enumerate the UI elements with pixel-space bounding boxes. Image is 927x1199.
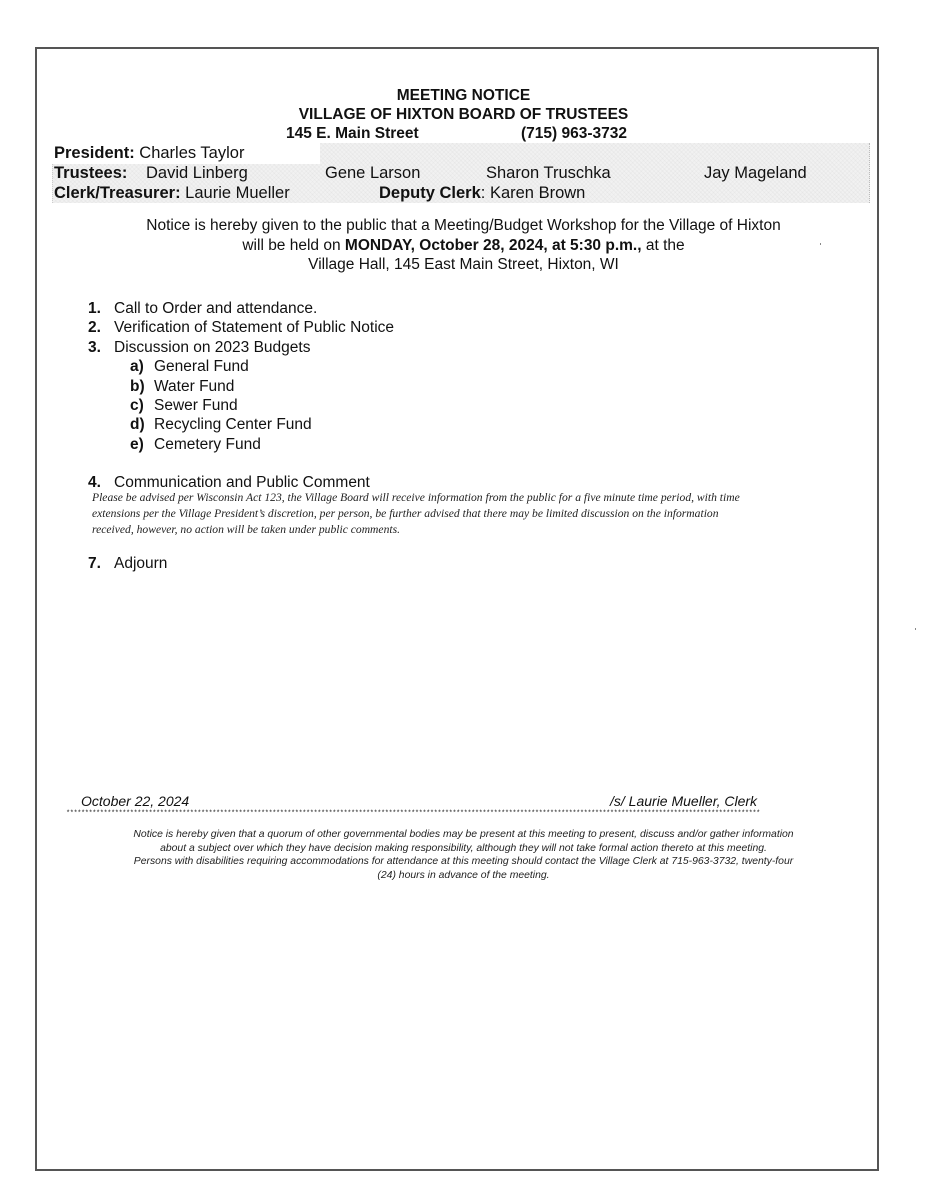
agenda-sub-item: a)General Fund (88, 357, 394, 376)
disclaimer-line: Notice is hereby given that a quorum of … (0, 828, 927, 842)
notice-line-2-suffix: at the (642, 237, 685, 254)
sub-item-letter: a) (130, 357, 154, 376)
agenda-item-text: Communication and Public Comment (114, 474, 370, 491)
clerk-row: Clerk/Treasurer: Laurie Mueller Deputy C… (54, 183, 290, 203)
deputy-clerk-name: : Karen Brown (481, 184, 586, 202)
separator-line: ****************************************… (66, 809, 866, 819)
sub-item-letter: e) (130, 435, 154, 454)
meeting-datetime: MONDAY, October 28, 2024, at 5:30 p.m., (345, 237, 642, 254)
trustees-row: Trustees: David Linberg Gene Larson Shar… (54, 163, 290, 183)
disclaimer-line: (24) hours in advance of the meeting. (0, 869, 927, 883)
agenda-item-text: Verification of Statement of Public Noti… (114, 319, 394, 336)
village-phone: (715) 963-3732 (521, 124, 627, 143)
sub-item-letter: c) (130, 396, 154, 415)
trustee-name: Sharon Truschka (486, 163, 611, 183)
village-address: 145 E. Main Street (286, 124, 419, 143)
agenda-item-number: 2. (88, 318, 114, 337)
sub-item-text: Recycling Center Fund (154, 416, 312, 433)
sub-item-letter: d) (130, 415, 154, 434)
trustee-name: Gene Larson (325, 163, 420, 183)
clerk-label: Clerk/Treasurer: (54, 184, 181, 202)
note-line: received, however, no action will be tak… (92, 522, 872, 538)
trustee-name: Jay Mageland (704, 163, 807, 183)
notice-line-2: will be held on MONDAY, October 28, 2024… (0, 236, 927, 256)
notice-line-2-prefix: will be held on (242, 237, 345, 254)
agenda-sub-item: b)Water Fund (88, 377, 394, 396)
agenda-item-number: 3. (88, 338, 114, 357)
disclaimer-line: Persons with disabilities requiring acco… (0, 855, 927, 869)
document-header: MEETING NOTICE VILLAGE OF HIXTON BOARD O… (0, 86, 927, 143)
agenda-item: 3.Discussion on 2023 Budgets (88, 338, 394, 357)
clerk-name: Laurie Mueller (185, 184, 290, 202)
disclaimer-line: about a subject over which they have dec… (0, 842, 927, 856)
sub-item-text: Sewer Fund (154, 397, 238, 414)
president-name: Charles Taylor (139, 144, 244, 162)
trustees-label: Trustees: (54, 164, 127, 182)
agenda-item-text: Adjourn (114, 555, 167, 572)
deputy-clerk: Deputy Clerk: Karen Brown (379, 183, 585, 203)
agenda-item-text: Call to Order and attendance. (114, 300, 317, 317)
meeting-notice-paragraph: Notice is hereby given to the public tha… (0, 216, 927, 275)
clerk-signature: /s/ Laurie Mueller, Clerk (610, 793, 757, 810)
president-row: President: Charles Taylor (54, 143, 290, 163)
sub-item-text: General Fund (154, 358, 249, 375)
notice-line-1: Notice is hereby given to the public tha… (0, 216, 927, 236)
board-name: VILLAGE OF HIXTON BOARD OF TRUSTEES (0, 105, 927, 124)
sub-item-text: Cemetery Fund (154, 436, 261, 453)
public-comment-note: Please be advised per Wisconsin Act 123,… (92, 490, 872, 538)
agenda-sub-item: e)Cemetery Fund (88, 435, 394, 454)
agenda-item-text: Discussion on 2023 Budgets (114, 339, 310, 356)
trustee-name: David Linberg (146, 163, 248, 183)
agenda-list: 1.Call to Order and attendance. 2.Verifi… (88, 299, 394, 454)
notice-date: October 22, 2024 (81, 793, 189, 810)
note-line: Please be advised per Wisconsin Act 123,… (92, 490, 872, 506)
quorum-disclaimer: Notice is hereby given that a quorum of … (0, 828, 927, 882)
agenda-sub-item: d)Recycling Center Fund (88, 415, 394, 434)
deputy-clerk-label: Deputy Clerk (379, 184, 481, 202)
scan-speck (915, 628, 916, 630)
sub-item-text: Water Fund (154, 378, 234, 395)
address-line: 145 E. Main Street (715) 963-3732 (0, 124, 927, 143)
agenda-sub-item: c)Sewer Fund (88, 396, 394, 415)
agenda-item-number: 7. (88, 554, 114, 573)
agenda-item-adjourn: 7.Adjourn (88, 554, 167, 573)
sub-item-letter: b) (130, 377, 154, 396)
agenda-item: 1.Call to Order and attendance. (88, 299, 394, 318)
agenda-item-number: 1. (88, 299, 114, 318)
officials-block: President: Charles Taylor Trustees: Davi… (54, 143, 290, 203)
notice-line-3: Village Hall, 145 East Main Street, Hixt… (0, 255, 927, 275)
president-label: President: (54, 144, 135, 162)
notice-title: MEETING NOTICE (0, 86, 927, 105)
scan-speck (820, 243, 821, 245)
agenda-item: 2.Verification of Statement of Public No… (88, 318, 394, 337)
note-line: extensions per the Village President’s d… (92, 506, 872, 522)
